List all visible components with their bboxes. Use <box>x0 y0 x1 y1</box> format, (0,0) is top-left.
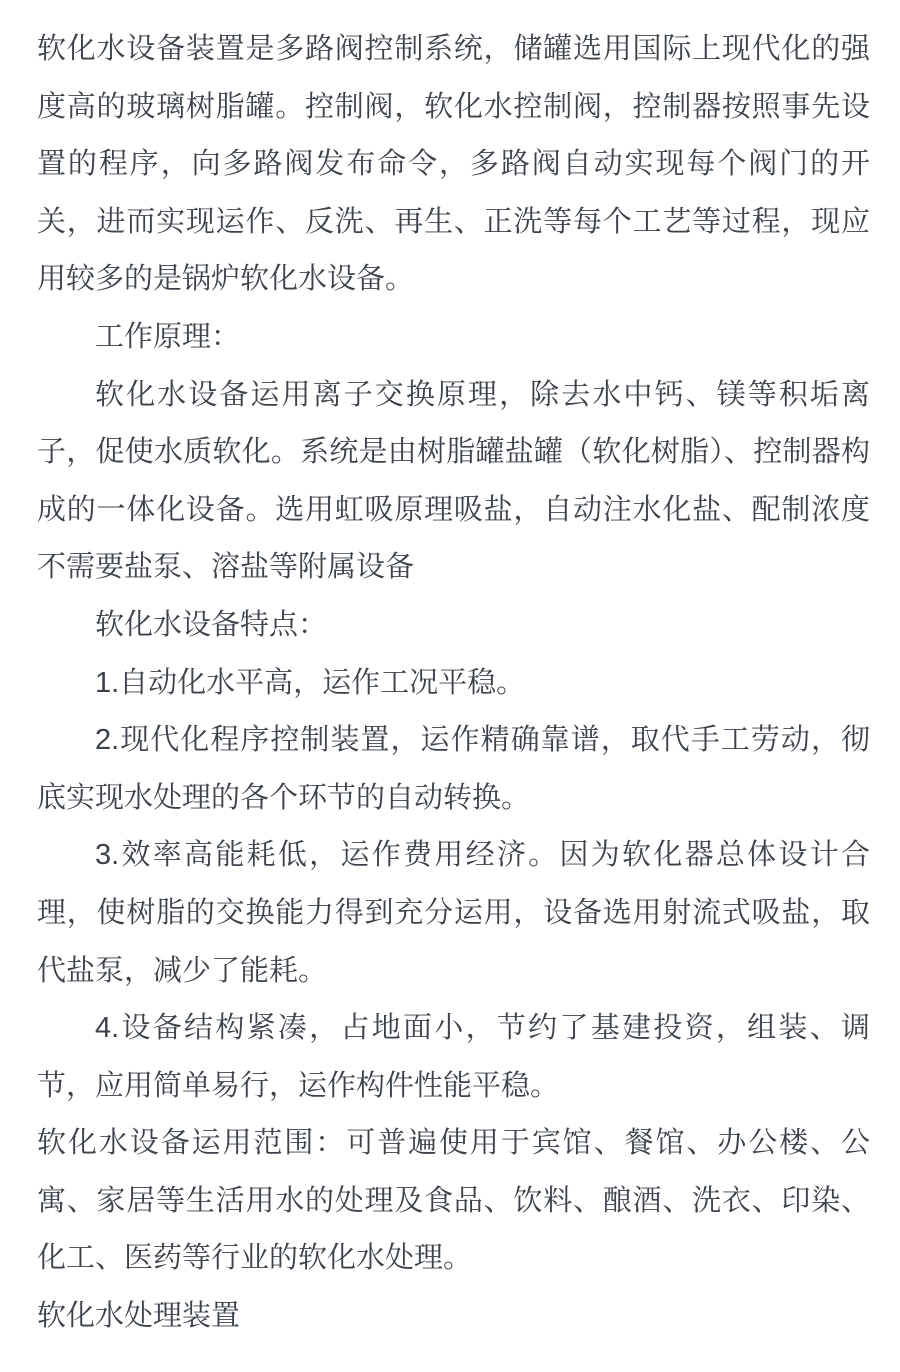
document-page: 软化水设备装置是多路阀控制系统，储罐选用国际上现代化的强度高的玻璃树脂罐。控制阀… <box>0 0 900 1346</box>
paragraph-application-scope: 软化水设备运用范围：可普遍使用于宾馆、餐馆、办公楼、公寓、家居等生活用水的处理及… <box>37 1115 870 1288</box>
paragraph-softened-water-device-title: 软化水处理装置 <box>37 1288 870 1346</box>
paragraph-intro: 软化水设备装置是多路阀控制系统，储罐选用国际上现代化的强度高的玻璃树脂罐。控制阀… <box>37 21 870 309</box>
paragraph-feature-4: 4.设备结构紧凑，占地面小，节约了基建投资，组装、调节，应用简单易行，运作构件性… <box>37 1000 870 1115</box>
paragraph-feature-1: 1.自动化水平高，运作工况平稳。 <box>37 655 870 713</box>
heading-working-principle: 工作原理： <box>37 309 870 367</box>
heading-equipment-features: 软化水设备特点： <box>37 597 870 655</box>
paragraph-feature-2: 2.现代化程序控制装置，运作精确靠谱，取代手工劳动，彻底实现水处理的各个环节的自… <box>37 712 870 827</box>
paragraph-working-principle: 软化水设备运用离子交换原理，除去水中钙、镁等积垢离子，促使水质软化。系统是由树脂… <box>37 367 870 597</box>
paragraph-feature-3: 3.效率高能耗低，运作费用经济。因为软化器总体设计合理，使树脂的交换能力得到充分… <box>37 827 870 1000</box>
